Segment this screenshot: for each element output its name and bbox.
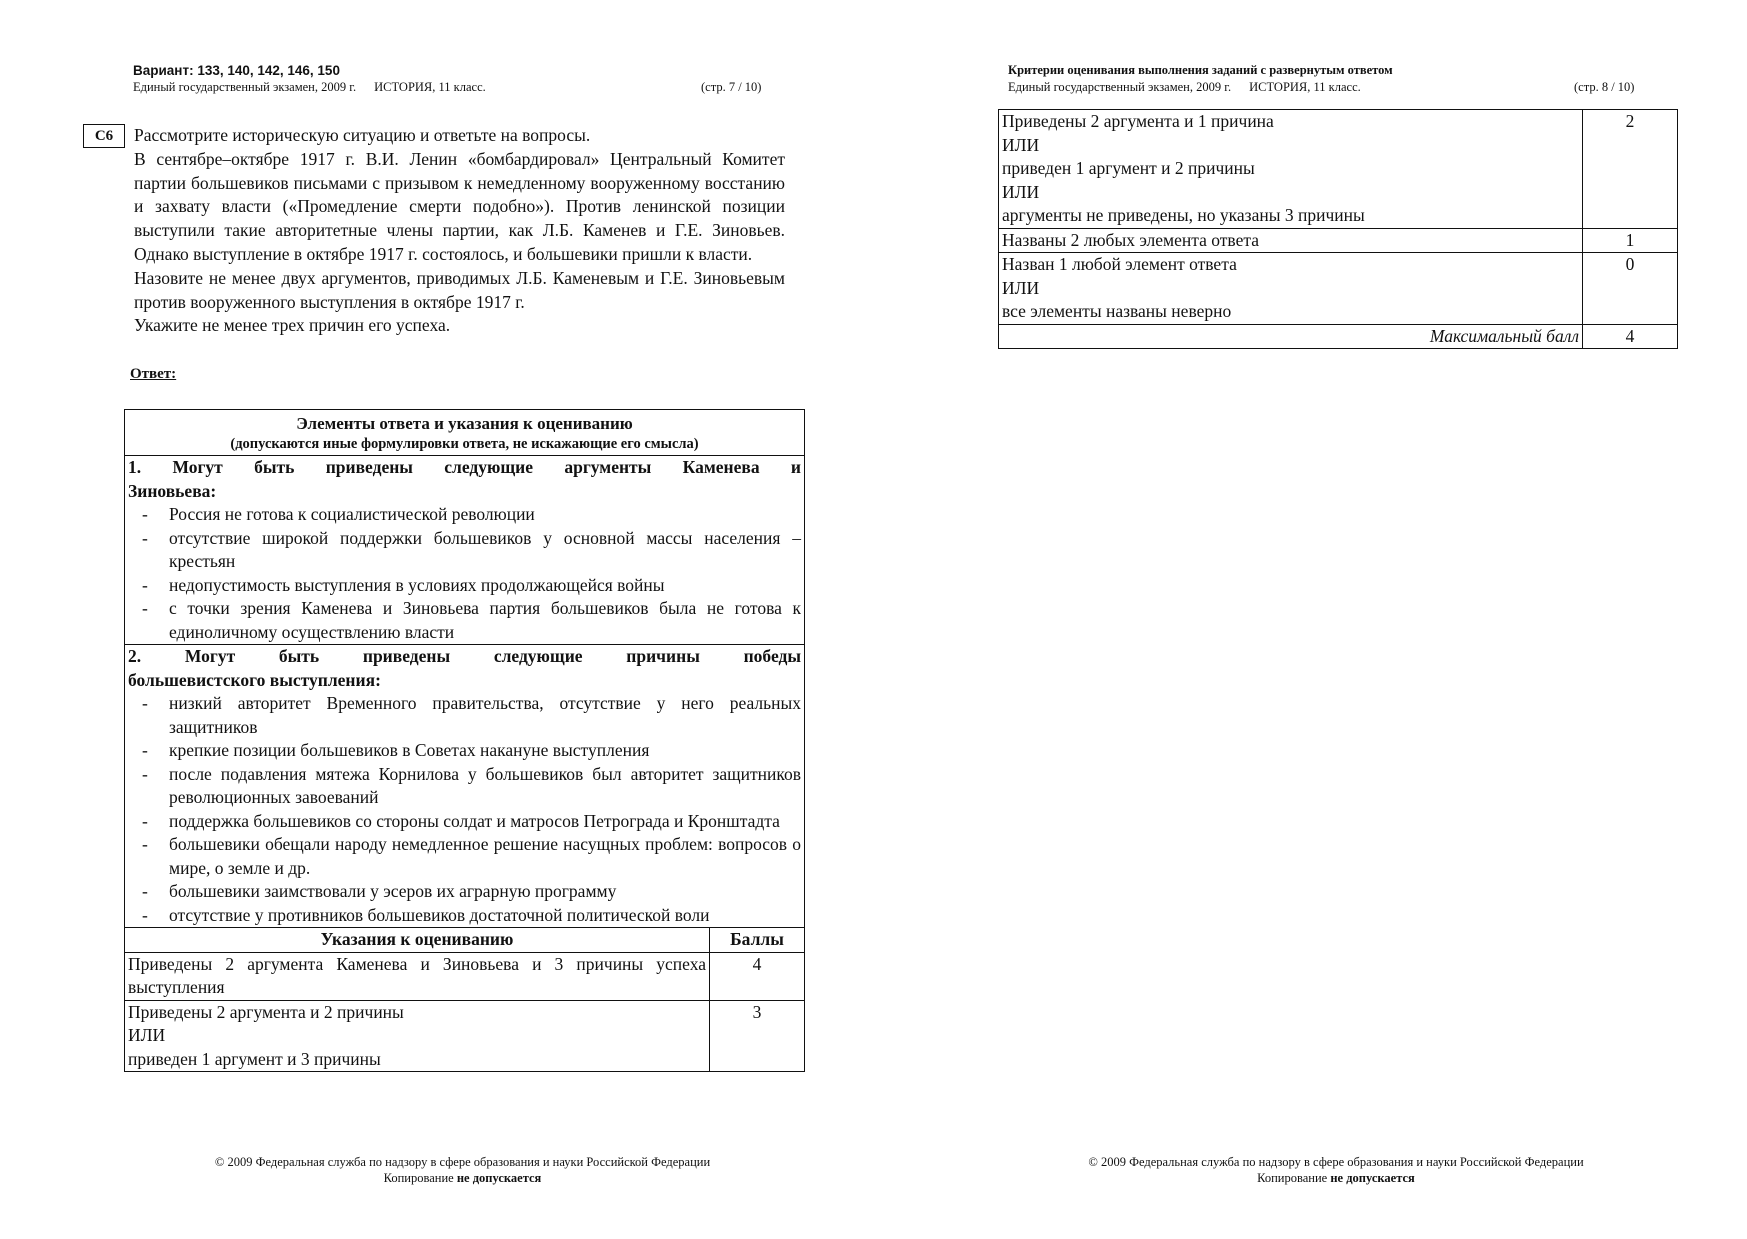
score-cell: 4 — [710, 952, 805, 1000]
max-score-value: 4 — [1583, 324, 1678, 349]
arguments-list: Россия не готова к социалистической рево… — [128, 503, 801, 644]
criteria-cell: Назван 1 любой элемент ответа ИЛИ все эл… — [999, 253, 1583, 325]
list-item: отсутствие широкой поддержки большевиков… — [128, 527, 801, 574]
task-paragraph: Укажите не менее трех причин его успеха. — [134, 314, 785, 338]
page-8: Критерии оценивания выполнения заданий с… — [873, 0, 1747, 1239]
score-header: Баллы — [710, 928, 805, 953]
copyright: © 2009 Федеральная служба по надзору в с… — [899, 1154, 1747, 1170]
score-cell: 1 — [1583, 228, 1678, 253]
score-cell: 3 — [710, 1000, 805, 1072]
list-item: отсутствие у противников большевиков дос… — [128, 904, 801, 928]
list-item: поддержка большевиков со стороны солдат … — [128, 810, 801, 834]
exam-name: Единый государственный экзамен, 2009 г. — [1008, 80, 1231, 94]
list-item: большевики заимствовали у эсеров их агра… — [128, 880, 801, 904]
section-heading: 2. Могут быть приведены следующие причин… — [128, 645, 801, 692]
page-number: (стр. 7 / 10) — [701, 80, 761, 95]
subject-name: ИСТОРИЯ, 11 класс. — [374, 80, 486, 94]
exam-subheader: Единый государственный экзамен, 2009 г.И… — [133, 80, 486, 95]
task-text: Рассмотрите историческую ситуацию и отве… — [134, 124, 785, 338]
copy-notice: Копирование не допускается — [899, 1170, 1747, 1186]
criteria-header: Указания к оцениванию — [125, 928, 710, 953]
table-row: Приведены 2 аргумента Каменева и Зиновье… — [125, 952, 805, 1000]
exam-name: Единый государственный экзамен, 2009 г. — [133, 80, 356, 94]
criteria-cell: Приведены 2 аргумента и 2 причины ИЛИ пр… — [125, 1000, 710, 1072]
subject-name: ИСТОРИЯ, 11 класс. — [1249, 80, 1361, 94]
table-title: Элементы ответа и указания к оцениванию — [128, 413, 801, 434]
criteria-cell: Приведены 2 аргумента Каменева и Зиновье… — [125, 952, 710, 1000]
max-score-row: Максимальный балл 4 — [999, 324, 1678, 349]
score-cell: 2 — [1583, 110, 1678, 229]
criteria-cell: Названы 2 любых элемента ответа — [999, 228, 1583, 253]
table-title-cell: Элементы ответа и указания к оцениванию … — [125, 410, 805, 456]
table-row: Приведены 2 аргумента и 1 причина ИЛИ пр… — [999, 110, 1678, 229]
copyright: © 2009 Федеральная служба по надзору в с… — [26, 1154, 899, 1170]
page-7: Вариант: 133, 140, 142, 146, 150 Единый … — [0, 0, 873, 1239]
variant-header: Вариант: 133, 140, 142, 146, 150 — [133, 63, 340, 78]
exam-subheader: Единый государственный экзамен, 2009 г.И… — [1008, 80, 1361, 95]
list-item: большевики обещали народу немедленное ре… — [128, 833, 801, 880]
copy-notice: Копирование не допускается — [26, 1170, 899, 1186]
task-paragraph: Назовите не менее двух аргументов, приво… — [134, 267, 785, 315]
table-subtitle: (допускаются иные формулировки ответа, н… — [128, 434, 801, 455]
task-paragraph: В сентябре–октябре 1917 г. В.И. Ленин «б… — [134, 148, 785, 267]
footer: © 2009 Федеральная служба по надзору в с… — [26, 1154, 899, 1186]
answer-label: Ответ: — [130, 366, 176, 383]
list-item: недопустимость выступления в условиях пр… — [128, 574, 801, 598]
max-score-label: Максимальный балл — [999, 324, 1583, 349]
list-item: после подавления мятежа Корнилова у боль… — [128, 763, 801, 810]
section-heading: 1. Могут быть приведены следующие аргуме… — [128, 456, 801, 503]
criteria-cell: Приведены 2 аргумента и 1 причина ИЛИ пр… — [999, 110, 1583, 229]
answer-elements-table: Элементы ответа и указания к оцениванию … — [124, 409, 805, 1072]
scoring-table-continued: Приведены 2 аргумента и 1 причина ИЛИ пр… — [998, 109, 1678, 349]
list-item: крепкие позиции большевиков в Советах на… — [128, 739, 801, 763]
score-cell: 0 — [1583, 253, 1678, 325]
table-row: Приведены 2 аргумента и 2 причины ИЛИ пр… — [125, 1000, 805, 1072]
table-row: Названы 2 любых элемента ответа 1 — [999, 228, 1678, 253]
task-label: С6 — [83, 124, 125, 148]
list-item: с точки зрения Каменева и Зиновьева парт… — [128, 597, 801, 644]
list-item: низкий авторитет Временного правительств… — [128, 692, 801, 739]
section-arguments: 1. Могут быть приведены следующие аргуме… — [125, 456, 805, 645]
list-item: Россия не готова к социалистической рево… — [128, 503, 801, 527]
reasons-list: низкий авторитет Временного правительств… — [128, 692, 801, 927]
page-number: (стр. 8 / 10) — [1574, 80, 1634, 95]
criteria-header-title: Критерии оценивания выполнения заданий с… — [1008, 63, 1393, 78]
section-reasons: 2. Могут быть приведены следующие причин… — [125, 645, 805, 928]
footer: © 2009 Федеральная служба по надзору в с… — [899, 1154, 1747, 1186]
task-paragraph: Рассмотрите историческую ситуацию и отве… — [134, 124, 785, 148]
table-row: Назван 1 любой элемент ответа ИЛИ все эл… — [999, 253, 1678, 325]
